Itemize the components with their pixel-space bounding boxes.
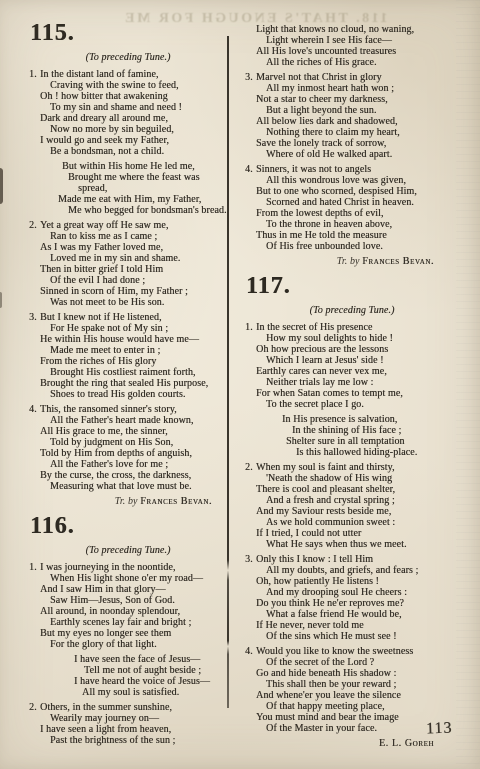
verse-line: Me who begged for bondsman's bread. [68,205,226,216]
verse-line: Loved me in my sin and shame. [50,253,226,264]
stanza: 3.But I knew not if He listened,For He s… [30,312,226,400]
stanza-number: 4. [245,164,253,175]
stanza-number: 4. [245,646,253,657]
verse-line: In the shining of His face ; [292,425,458,436]
verse-line: Wearily may journey on— [50,713,226,724]
verse-line: I was journeying in the noontide, [40,562,226,573]
stanza-number: 3. [245,72,253,83]
verse-line: Thus in me He told the measure [256,230,458,241]
verse-line: Sinned in scorn of Him, my Father ; [40,286,226,297]
verse-line: Not a star to cheer my darkness, [256,94,458,105]
chorus: I have seen the face of Jesus—Tell me no… [30,654,226,698]
verse-line: And I saw Him in that glory— [40,584,226,595]
verse-line: All my doubts, and griefs, and fears ; [266,565,458,576]
verse-line: Marvel not that Christ in glory [256,72,458,83]
stanza: 4.Sinners, it was not to angelsAll this … [246,164,458,252]
stanza-number: 1. [245,322,253,333]
verse-line: Would you like to know the sweetness [256,646,458,657]
verse-line: All His grace to me, the sinner, [40,426,226,437]
stanza-number: 1. [29,562,37,573]
verse-line: All my inmost heart hath won ; [266,83,458,94]
verse-line: Then in bitter grief I told Him [40,264,226,275]
verse-line: All around, in noonday splendour, [40,606,226,617]
verse-line: Tell me not of aught beside ; [84,665,226,676]
verse-line: I would go and seek my Father, [40,135,226,146]
verse-line: Was not meet to be His son. [50,297,226,308]
hymn-number-117: 117. [246,273,458,299]
verse-line: Scorned and hated Christ in heaven. [266,197,458,208]
attribution: Tr. by Frances Bevan. [30,496,226,507]
verse-line: In His presence is salvation, [282,414,458,425]
verse-line: For He spake not of My sin ; [50,323,226,334]
verse-line: Neither trials lay me low : [266,377,458,388]
verse-line: From the riches of His glory [40,356,226,367]
attribution: E. L. Goreh [246,738,458,749]
verse-line: I have seen a light from heaven, [40,724,226,735]
stanza: 3.Only this I know : I tell HimAll my do… [246,554,458,642]
verse-line: Is this hallowed hiding-place. [296,447,458,458]
verse-line: Told by Him from depths of anguish, [40,448,226,459]
chorus: But within His home He led me,Brought me… [30,161,226,216]
verse-line: Told by judgment on His Son, [50,437,226,448]
stanza-number: 2. [29,702,37,713]
stanza: 4.This, the ransomed sinner's story,All … [30,404,226,492]
verse-line: And my drooping soul He cheers : [266,587,458,598]
verse-line: Only this I know : I tell Him [256,554,458,565]
verse-line: As I was my Father loved me, [40,242,226,253]
verse-line: But to one who scorned, despised Him, [256,186,458,197]
scan-artifact [0,292,2,308]
verse-line: And whene'er you leave the silence [256,690,458,701]
verse-line: When my soul is faint and thirsty, [256,462,458,473]
verse-line: All my soul is satisfied. [82,687,226,698]
verse-line: I have seen the face of Jesus— [74,654,226,665]
stanza: 2.Others, in the summer sunshine,Wearily… [30,702,226,746]
verse-line: Of that happy meeting place, [266,701,458,712]
verse-line: What a false friend He would be, [266,609,458,620]
verse-line: Of His free unbounded love. [266,241,458,252]
verse-line: Do you think He ne'er reproves me? [256,598,458,609]
verse-line: Dark and dreary all around me, [40,113,226,124]
verse-line: But my eyes no longer see them [40,628,226,639]
page-number: 113 [426,720,453,739]
verse-line: In the secret of His presence [256,322,458,333]
verse-line: 'Neath the shadow of His wing [266,473,458,484]
tune-line: (To preceding Tune.) [30,545,226,556]
verse-line: Craving with the swine to feed, [50,80,226,91]
verse-line: This shall then be your reward ; [266,679,458,690]
verse-line: To the throne in heaven above, [266,219,458,230]
stanza: 2.When my soul is faint and thirsty,'Nea… [246,462,458,550]
verse-line: Which I learn at Jesus' side ! [266,355,458,366]
stanza: 1.In the secret of His presenceHow my so… [246,322,458,410]
stanza-number: 2. [245,462,253,473]
verse-line: But within His home He led me, [62,161,226,172]
verse-line: All this wondrous love was given, [266,175,458,186]
verse-line: But a light beyond the sun. [266,105,458,116]
attribution-prefix: Tr. by [337,256,362,267]
stanza-number: 1. [29,69,37,80]
verse-line: Be a bondsman, not a child. [50,146,226,157]
verse-line: And my Saviour rests beside me, [256,506,458,517]
verse-line: What He says when thus we meet. [266,539,458,550]
verse-line: All the Father's heart made known, [50,415,226,426]
verse-line: Measuring what that love must be. [50,481,226,492]
verse-line: Save the lonely track of sorrow, [256,138,458,149]
verse-line: To the secret place I go. [266,399,458,410]
hymn-number-116: 116. [30,513,226,539]
verse-line: Others, in the summer sunshine, [40,702,226,713]
verse-line: Ran to kiss me as I came ; [50,231,226,242]
stanza-number: 3. [245,554,253,565]
attribution-name: Frances Bevan. [362,256,434,267]
verse-line: Earthly cares can never vex me, [256,366,458,377]
verse-line: Past the brightness of the sun ; [50,735,226,746]
verse-line: Of the sins which He must see ! [266,631,458,642]
verse-line: Earthly scenes lay fair and bright ; [50,617,226,628]
verse-line: Oh, how patiently He listens ! [256,576,458,587]
hymnal-page: 118. THAT'S ENOUGH FOR ME 115.(To preced… [0,0,480,769]
verse-line: Made me eat with Him, my Father, [58,194,226,205]
verse-line: This, the ransomed sinner's story, [40,404,226,415]
verse-line: All the Father's love for me ; [50,459,226,470]
verse-line: All below lies dark and shadowed, [256,116,458,127]
verse-line: In the distant land of famine, [40,69,226,80]
verse-line: Light that knows no cloud, no waning, [256,24,458,35]
verse-line: Now no more by sin beguiled, [50,124,226,135]
verse-line: Brought His costliest raiment forth, [50,367,226,378]
verse-line: Oh how precious are the lessons [256,344,458,355]
verse-line: Sinners, it was not to angels [256,164,458,175]
verse-line: Of the secret of the Lord ? [266,657,458,668]
verse-line: All His love's uncounted treasures [256,46,458,57]
chorus: In His presence is salvation,In the shin… [246,414,458,458]
stanza: 1.I was journeying in the noontide,When … [30,562,226,650]
stanza-number: 2. [29,220,37,231]
verse-line: Go and hide beneath His shadow : [256,668,458,679]
verse-line: All the riches of His grace. [266,57,458,68]
verse-line: To my sin and shame and need ! [50,102,226,113]
verse-line: But I knew not if He listened, [40,312,226,323]
verse-line: By the curse, the cross, the darkness, [40,470,226,481]
verse-line: spread, [78,183,226,194]
music-staff-bleed-through [456,0,480,769]
verse-line: Yet a great way off He saw me, [40,220,226,231]
scan-artifact [0,168,3,204]
verse-line: And a fresh and crystal spring ; [266,495,458,506]
left-column: 115.(To preceding Tune.)1.In the distant… [30,14,226,750]
verse-line: As we hold communion sweet : [266,517,458,528]
verse-line: For when Satan comes to tempt me, [256,388,458,399]
stanza: 1.In the distant land of famine,Craving … [30,69,226,157]
verse-line: There is cool and pleasant shelter, [256,484,458,495]
verse-line: From the lowest depths of evil, [256,208,458,219]
verse-line: Oh ! how bitter that awakening [40,91,226,102]
verse-line: Of the evil I had done ; [50,275,226,286]
verse-line: Made me meet to enter in ; [50,345,226,356]
verse-line: Shelter sure in all temptation [286,436,458,447]
verse-line: He within His house would have me— [40,334,226,345]
stanza: 3.Marvel not that Christ in gloryAll my … [246,72,458,160]
verse-line: Where of old He walked apart. [266,149,458,160]
stanza: 2.Yet a great way off He saw me,Ran to k… [30,220,226,308]
verse-line: If He never, never told me [256,620,458,631]
verse-line: Saw Him—Jesus, Son of God. [50,595,226,606]
verse-line: How my soul delights to hide ! [266,333,458,344]
verse-line: If I tried, I could not utter [256,528,458,539]
tune-line: (To preceding Tune.) [246,305,458,316]
tune-line: (To preceding Tune.) [30,52,226,63]
verse-line: When His light shone o'er my road— [50,573,226,584]
verse-line: Brought the ring that sealed His purpose… [40,378,226,389]
stanza-number: 3. [29,312,37,323]
attribution-name: Frances Bevan. [140,496,212,507]
hymn-number-115: 115. [30,20,226,46]
verse-line: I have heard the voice of Jesus— [74,676,226,687]
attribution-name: E. L. Goreh [379,738,434,749]
verse-line: For the glory of that light. [50,639,226,650]
attribution: Tr. by Frances Bevan. [246,256,458,267]
stanza: Light that knows no cloud, no waning,Lig… [246,24,458,68]
attribution-prefix: Tr. by [115,496,140,507]
right-column: Light that knows no cloud, no waning,Lig… [246,24,458,753]
stanza-number: 4. [29,404,37,415]
verse-line: Light wherein I see His face— [266,35,458,46]
verse-line: Shoes to tread His golden courts. [50,389,226,400]
verse-line: Brought me where the feast was [68,172,226,183]
column-divider [227,36,229,708]
verse-line: Nothing there to claim my heart, [266,127,458,138]
